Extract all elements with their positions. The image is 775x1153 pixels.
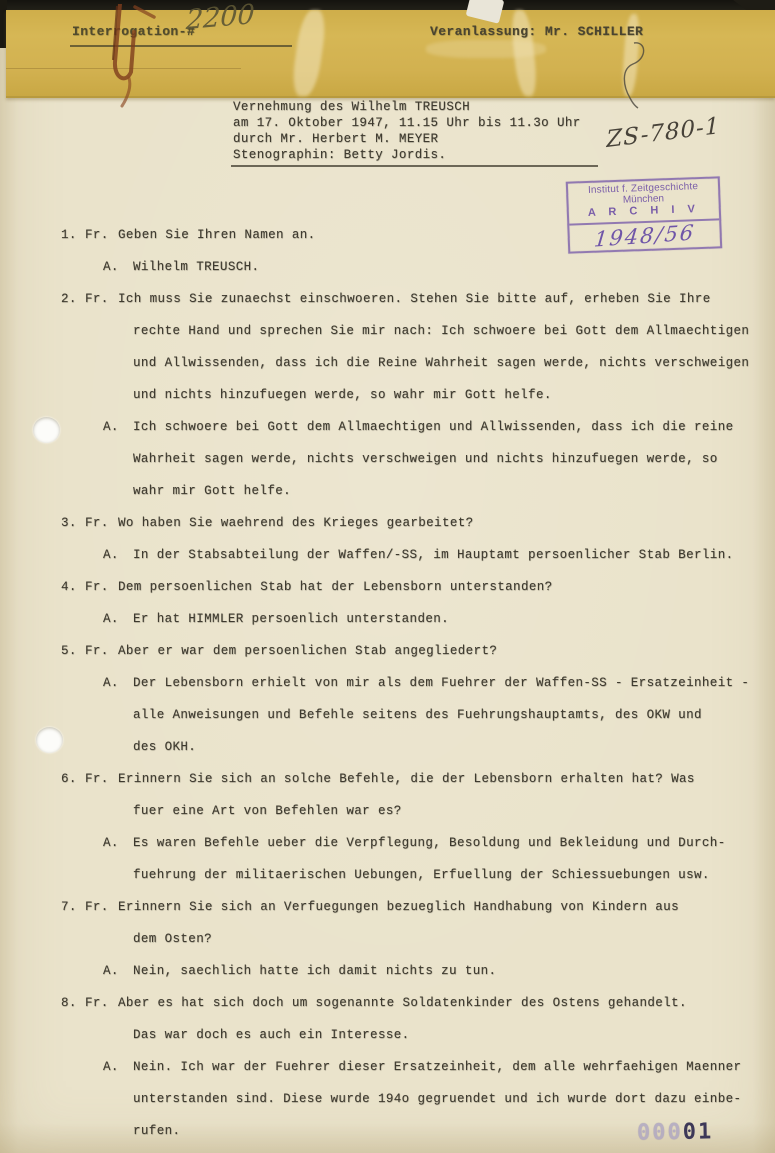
qa-line: A.Ich schwoere bei Gott dem Allmaechtige… <box>0 420 775 442</box>
qa-line: 4.Fr.Dem persoenlichen Stab hat der Lebe… <box>0 580 775 602</box>
speaker-label: A. <box>103 1060 119 1074</box>
question-number: 8. <box>61 996 77 1010</box>
qa-text-continuation: dem Osten? <box>133 932 212 946</box>
qa-text-continuation: und Allwissenden, dass ich die Reine Wah… <box>133 356 749 370</box>
qa-text: Er hat HIMMLER persoenlich unterstanden. <box>133 612 449 626</box>
qa-line: 1.Fr.Geben Sie Ihren Namen an. <box>0 228 775 250</box>
qa-line: 7.Fr.Erinnern Sie sich an Verfuegungen b… <box>0 900 775 922</box>
qa-text-continuation: Wahrheit sagen werde, nichts verschweige… <box>133 452 718 466</box>
qa-text-continuation: fuer eine Art von Befehlen war es? <box>133 804 402 818</box>
qa-line: 3.Fr.Wo haben Sie waehrend des Krieges g… <box>0 516 775 538</box>
speaker-label: A. <box>103 836 119 850</box>
page-number-bold: 01 <box>683 1119 714 1145</box>
qa-line: A.In der Stabsabteilung der Waffen/-SS, … <box>0 548 775 570</box>
speaker-label: Fr. <box>85 996 109 1010</box>
qa-text: Es waren Befehle ueber die Verpflegung, … <box>133 836 726 850</box>
qa-line: Wahrheit sagen werde, nichts verschweige… <box>0 452 775 474</box>
speaker-label: A. <box>103 420 119 434</box>
scanned-document-page: Interrogation-# 2200 Veranlassung: Mr. S… <box>0 0 775 1153</box>
qa-text: Nein. Ich war der Fuehrer dieser Ersatze… <box>133 1060 741 1074</box>
qa-line: A.Der Lebensborn erhielt von mir als dem… <box>0 676 775 698</box>
qa-line: wahr mir Gott helfe. <box>0 484 775 506</box>
qa-text: Erinnern Sie sich an solche Befehle, die… <box>118 772 695 786</box>
qa-line: A.Wilhelm TREUSCH. <box>0 260 775 282</box>
speaker-label: Fr. <box>85 644 109 658</box>
speaker-label: Fr. <box>85 900 109 914</box>
speaker-label: Fr. <box>85 292 109 306</box>
speaker-label: A. <box>103 964 119 978</box>
qa-text: Der Lebensborn erhielt von mir als dem F… <box>133 676 749 690</box>
question-number: 2. <box>61 292 77 306</box>
speaker-label: A. <box>103 260 119 274</box>
qa-line: 6.Fr.Erinnern Sie sich an solche Befehle… <box>0 772 775 794</box>
qa-line: fuer eine Art von Befehlen war es? <box>0 804 775 826</box>
qa-line: unterstanden sind. Diese wurde 194o gegr… <box>0 1092 775 1114</box>
qa-text-continuation: des OKH. <box>133 740 196 754</box>
speaker-label: Fr. <box>85 580 109 594</box>
qa-text-continuation: alle Anweisungen und Befehle seitens des… <box>133 708 702 722</box>
qa-text-continuation: Das war doch es auch ein Interesse. <box>133 1028 410 1042</box>
qa-text-continuation: unterstanden sind. Diese wurde 194o gegr… <box>133 1092 741 1106</box>
qa-line: des OKH. <box>0 740 775 762</box>
qa-line: und Allwissenden, dass ich die Reine Wah… <box>0 356 775 378</box>
page-number-stamp: 00001 <box>637 1119 714 1145</box>
qa-text: Wo haben Sie waehrend des Krieges gearbe… <box>118 516 474 530</box>
speaker-label: Fr. <box>85 228 109 242</box>
qa-text-continuation: und nichts hinzufuegen werde, so wahr mi… <box>133 388 552 402</box>
qa-line: A.Es waren Befehle ueber die Verpflegung… <box>0 836 775 858</box>
qa-text: Dem persoenlichen Stab hat der Lebensbor… <box>118 580 553 594</box>
qa-text: In der Stabsabteilung der Waffen/-SS, im… <box>133 548 734 562</box>
qa-text: Aber es hat sich doch um sogenannte Sold… <box>118 996 687 1010</box>
question-number: 1. <box>61 228 77 242</box>
speaker-label: A. <box>103 612 119 626</box>
qa-text: Nein, saechlich hatte ich damit nichts z… <box>133 964 496 978</box>
qa-line: fuehrung der militaerischen Uebungen, Er… <box>0 868 775 890</box>
qa-text: Erinnern Sie sich an Verfuegungen bezueg… <box>118 900 679 914</box>
qa-text: Aber er war dem persoenlichen Stab angeg… <box>118 644 497 658</box>
qa-line: A.Nein. Ich war der Fuehrer dieser Ersat… <box>0 1060 775 1082</box>
qa-text-continuation: rufen. <box>133 1124 180 1138</box>
qa-text-continuation: fuehrung der militaerischen Uebungen, Er… <box>133 868 710 882</box>
qa-text: Geben Sie Ihren Namen an. <box>118 228 316 242</box>
question-number: 4. <box>61 580 77 594</box>
page-number-faded: 000 <box>637 1120 683 1146</box>
qa-line: A.Er hat HIMMLER persoenlich unterstande… <box>0 612 775 634</box>
interrogation-transcript: 1.Fr.Geben Sie Ihren Namen an.A.Wilhelm … <box>0 0 775 1153</box>
qa-line: 8.Fr.Aber es hat sich doch um sogenannte… <box>0 996 775 1018</box>
qa-line: alle Anweisungen und Befehle seitens des… <box>0 708 775 730</box>
qa-text: Ich muss Sie zunaechst einschwoeren. Ste… <box>118 292 711 306</box>
speaker-label: A. <box>103 676 119 690</box>
question-number: 7. <box>61 900 77 914</box>
qa-line: dem Osten? <box>0 932 775 954</box>
qa-line: A.Nein, saechlich hatte ich damit nichts… <box>0 964 775 986</box>
qa-line: Das war doch es auch ein Interesse. <box>0 1028 775 1050</box>
qa-text: Wilhelm TREUSCH. <box>133 260 259 274</box>
question-number: 5. <box>61 644 77 658</box>
qa-text: Ich schwoere bei Gott dem Allmaechtigen … <box>133 420 734 434</box>
speaker-label: Fr. <box>85 516 109 530</box>
question-number: 6. <box>61 772 77 786</box>
qa-text-continuation: rechte Hand und sprechen Sie mir nach: I… <box>133 324 749 338</box>
question-number: 3. <box>61 516 77 530</box>
qa-line: rechte Hand und sprechen Sie mir nach: I… <box>0 324 775 346</box>
qa-text-continuation: wahr mir Gott helfe. <box>133 484 291 498</box>
qa-line: 2.Fr.Ich muss Sie zunaechst einschwoeren… <box>0 292 775 314</box>
speaker-label: Fr. <box>85 772 109 786</box>
speaker-label: A. <box>103 548 119 562</box>
qa-line: 5.Fr.Aber er war dem persoenlichen Stab … <box>0 644 775 666</box>
qa-line: und nichts hinzufuegen werde, so wahr mi… <box>0 388 775 410</box>
